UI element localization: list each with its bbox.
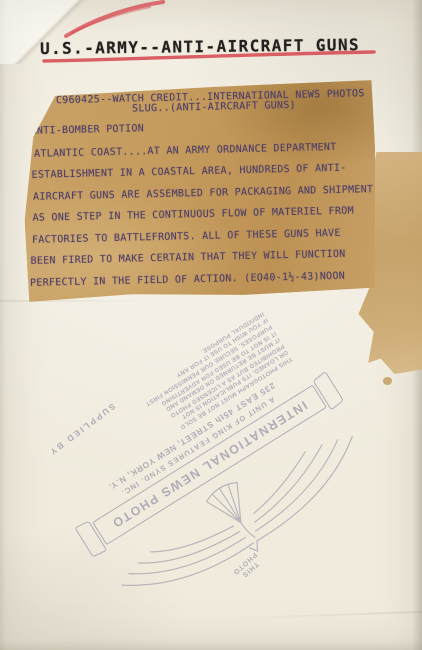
photo-verso-page: U.S.-ARMY--ANTI-AIRCRAFT GUNS C960425--W… (0, 0, 422, 650)
caption-credit-line-2: SLUG..(ANTI-AIRCRAFT GUNS) (132, 100, 296, 115)
caption-body-line: AS ONE STEP IN THE CONTINUOUS FLOW OF MA… (32, 206, 353, 224)
caption-body-line: AIRCRAFT GUNS ARE ASSEMBLED FOR PACKAGIN… (33, 184, 373, 203)
news-agency-stamp: THIS PHOTO INTERNATIONAL NEWS PHOTO (6, 268, 402, 644)
tape-spot (383, 377, 392, 385)
page-title: U.S.-ARMY--ANTI-AIRCRAFT GUNS (40, 35, 380, 58)
caption-body-line: FACTORIES TO BATTLEFRONTS. ALL OF THESE … (32, 228, 341, 246)
stamp-supplied-by-label: SUPPLIED BY (47, 401, 118, 458)
caption-body-line: ESTABLISHMENT IN A COASTAL AREA, HUNDRED… (31, 163, 346, 181)
paper-crease (0, 300, 160, 302)
paper-crease (240, 611, 422, 619)
caption-slug: ANTI-BOMBER POTION (30, 123, 144, 137)
red-check-stroke (66, 2, 163, 36)
caption-body-line: ATLANTIC COAST....AT AN ARMY ORDNANCE DE… (34, 142, 337, 160)
caption-body-line: PERFECTLY IN THE FIELD OF ACTION. (EO40-… (30, 271, 345, 289)
caption-body-line: BEEN FIRED TO MAKE CERTAIN THAT THEY WIL… (30, 249, 345, 267)
red-check-stroke-shadow (72, 7, 150, 33)
caption-slip: C960425--WATCH CREDIT...INTERNATIONAL NE… (22, 80, 379, 302)
